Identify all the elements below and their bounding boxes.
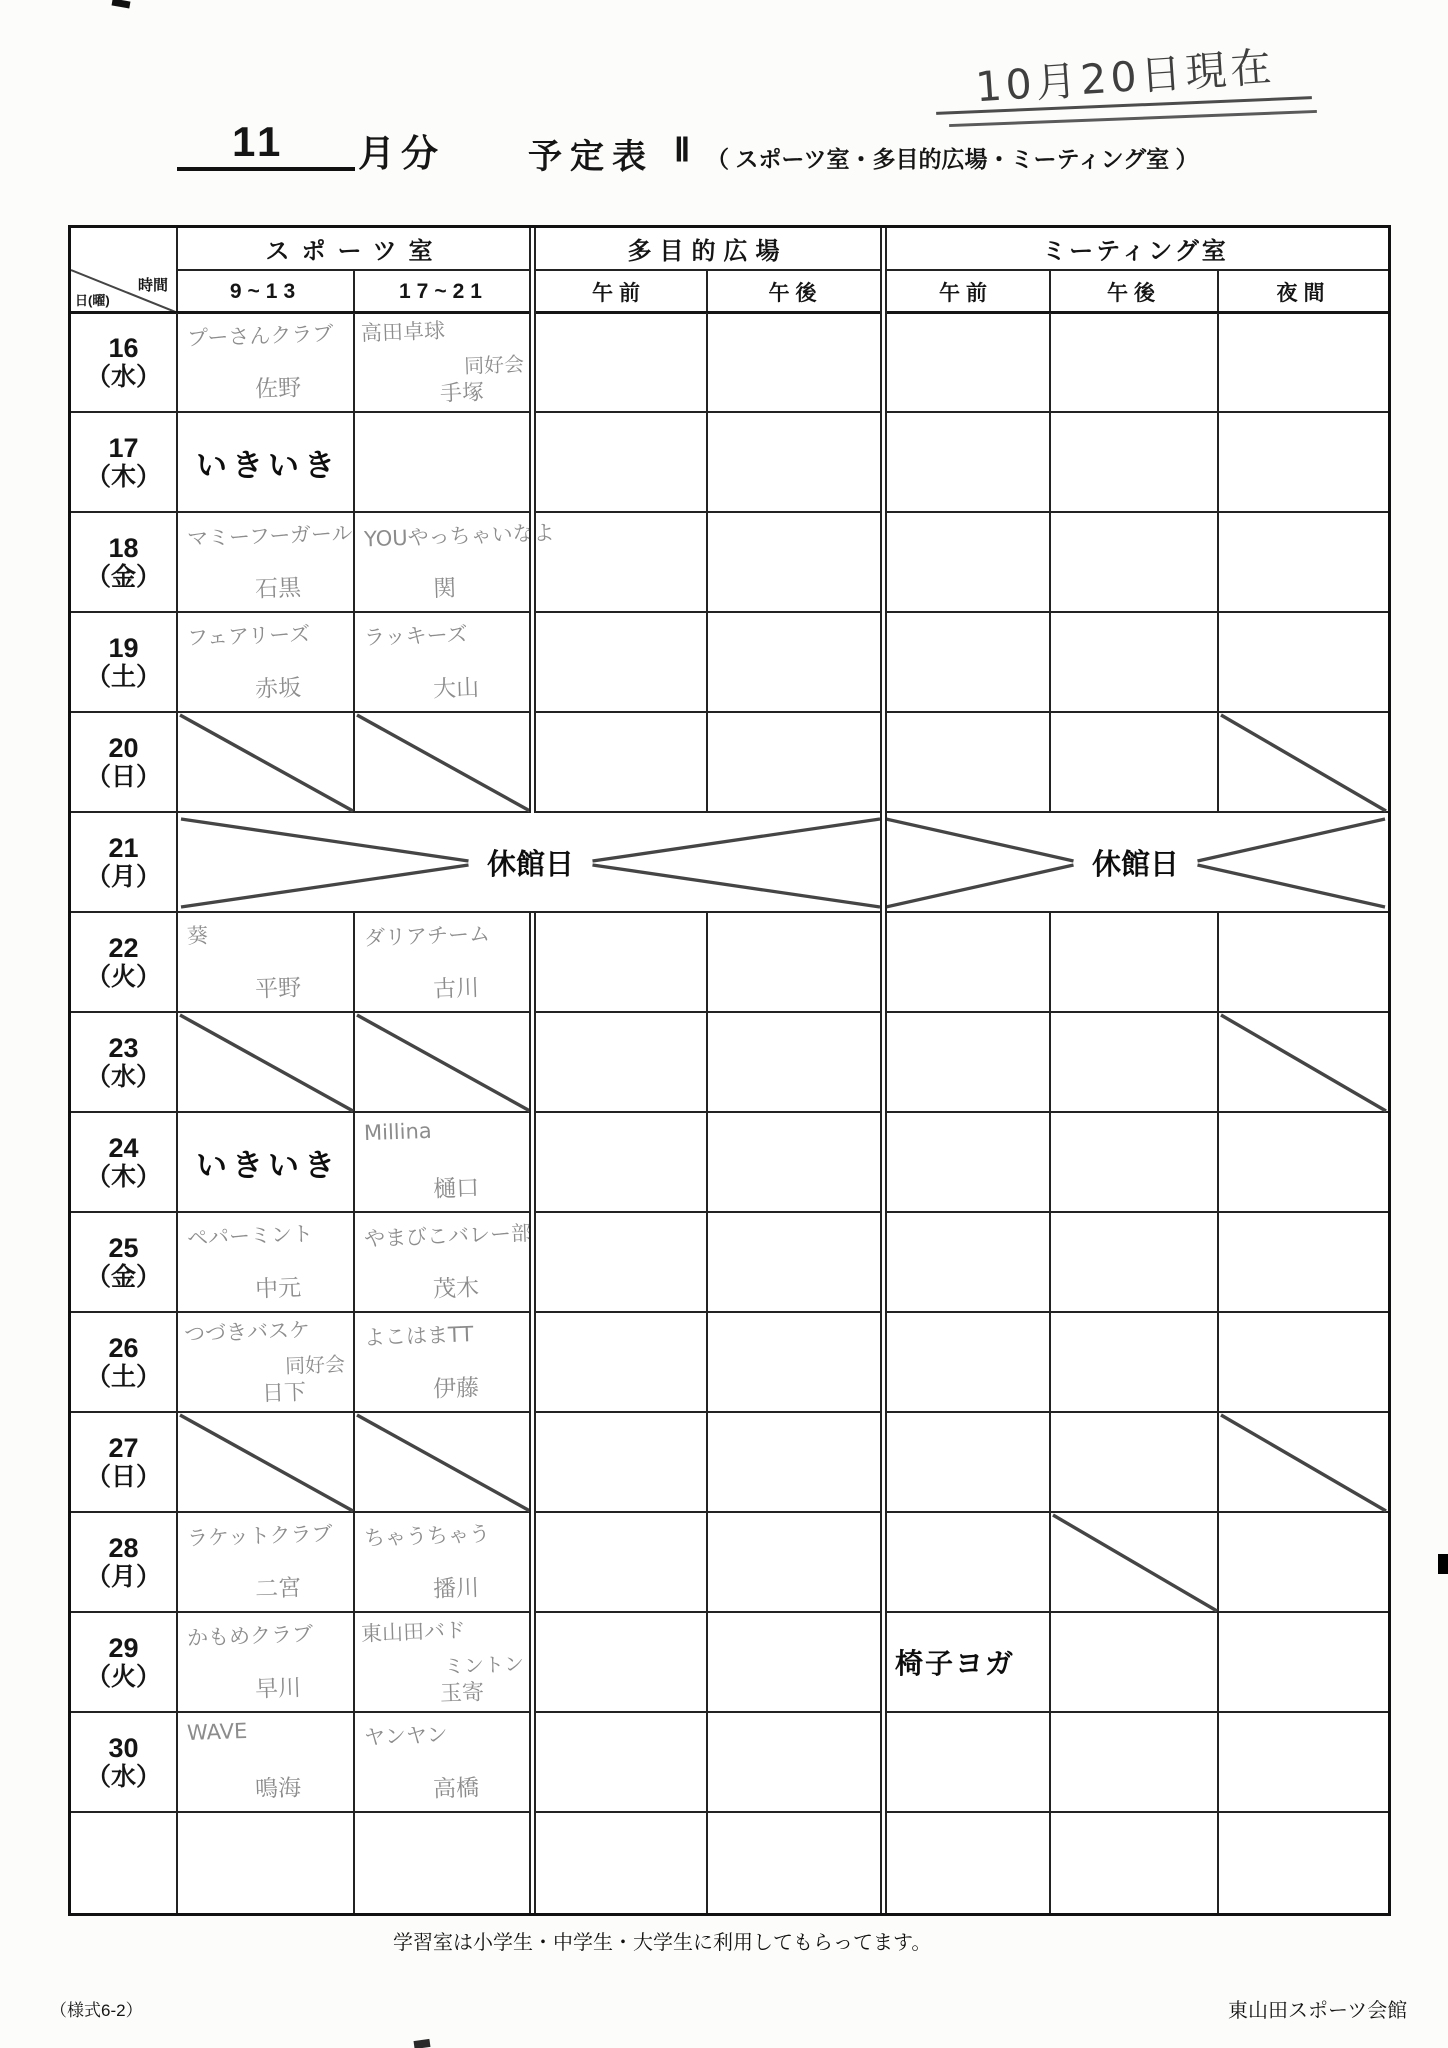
- date-cell: 19（土）: [71, 613, 178, 713]
- schedule-cell: [1219, 1613, 1388, 1713]
- schedule-cell: いきいき: [178, 413, 355, 513]
- handwritten-entry: 二宮: [254, 1569, 301, 1604]
- diagonal-slash: [178, 713, 355, 813]
- schedule-cell: [1051, 613, 1219, 713]
- handwritten-entry: 大山: [432, 669, 479, 704]
- subheader-cell: 午前: [883, 271, 1051, 313]
- date-weekday: （月）: [86, 865, 161, 890]
- date-number: 16: [108, 335, 138, 362]
- handwritten-entry: 伊藤: [432, 1369, 479, 1404]
- handwritten-entry: マミーフーガール: [187, 517, 353, 553]
- schedule-cell: ペパーミント中元: [178, 1213, 355, 1313]
- handwritten-entry: ヤンヤン: [364, 1719, 449, 1752]
- date-cell: 30（水）: [71, 1713, 178, 1813]
- schedule-cell: ちゃうちゃう播川: [355, 1513, 532, 1613]
- handwritten-entry: YOUやっちゃいなよ: [364, 517, 556, 554]
- handwritten-entry: 玉寄: [439, 1675, 484, 1708]
- schedule-cell: [708, 1813, 883, 1913]
- subheader-cell: 17~21: [355, 271, 532, 313]
- schedule-cell: [1219, 513, 1388, 613]
- date-number: 28: [108, 1535, 138, 1562]
- schedule-table: 時間日(曜)スポーツ室多目的広場ミーティング室9~1317~21午前午後午前午後…: [68, 225, 1391, 1916]
- date-weekday: （水）: [86, 365, 161, 390]
- date-cell: 28（月）: [71, 1513, 178, 1613]
- printed-label: いきいき: [178, 440, 340, 485]
- schedule-cell: [1051, 913, 1219, 1013]
- schedule-cell: ラッキーズ大山: [355, 613, 532, 713]
- schedule-cell: [178, 1413, 355, 1513]
- date-weekday: （木）: [86, 465, 161, 490]
- subheader-cell: 夜間: [1219, 271, 1388, 313]
- date-number: 26: [108, 1335, 138, 1362]
- handwritten-entry: かもめクラブ: [187, 1618, 314, 1652]
- schedule-cell: [1219, 313, 1388, 413]
- date-weekday: （水）: [86, 1765, 161, 1790]
- date-weekday: （土）: [86, 1365, 161, 1390]
- subheader-cell: 午後: [1051, 271, 1219, 313]
- section-header-0: スポーツ室: [178, 228, 532, 271]
- schedule-cell: ダリアチーム古川: [355, 913, 532, 1013]
- schedule-cell: [708, 1613, 883, 1713]
- handwritten-entry: ラッキーズ: [364, 618, 469, 652]
- date-cell: 26（土）: [71, 1313, 178, 1413]
- handwritten-entry: 茂木: [432, 1269, 479, 1304]
- schedule-cell: [883, 1113, 1051, 1213]
- schedule-cell: 東山田バドミントン玉寄: [355, 1613, 532, 1713]
- date-cell: [71, 1813, 178, 1913]
- schedule-cell: [532, 913, 708, 1013]
- schedule-cell: よこはまTT伊藤: [355, 1313, 532, 1413]
- schedule-cell: [1051, 313, 1219, 413]
- schedule-cell: [532, 1413, 708, 1513]
- diagonal-slash: [178, 1413, 355, 1513]
- schedule-cell: [1051, 1713, 1219, 1813]
- schedule-cell: [883, 1713, 1051, 1813]
- schedule-cell: [883, 713, 1051, 813]
- handwritten-entry: 赤坂: [254, 669, 301, 704]
- schedule-cell: [708, 1713, 883, 1813]
- date-weekday: （月）: [86, 1565, 161, 1590]
- schedule-cell: [708, 413, 883, 513]
- date-weekday: （金）: [86, 565, 161, 590]
- form-title: 予定表: [528, 129, 654, 178]
- bottom-note: 学習室は小学生・中学生・大学生に利用してもらってます。: [393, 1926, 931, 1955]
- diagonal-slash: [355, 713, 532, 813]
- schedule-cell: [883, 1013, 1051, 1113]
- date-number: 30: [108, 1735, 138, 1762]
- date-number: 20: [108, 735, 138, 762]
- handwritten-entry: プーさんクラブ: [187, 317, 334, 352]
- schedule-cell: [883, 1413, 1051, 1513]
- handwritten-entry: WAVE: [187, 1719, 248, 1745]
- schedule-cell: 椅子ヨガ: [883, 1613, 1051, 1713]
- corner-cell: 時間日(曜): [71, 228, 178, 313]
- schedule-cell: [1219, 713, 1388, 813]
- closed-day-span: 休館日: [178, 813, 883, 913]
- closed-day-label: 休館日: [178, 813, 883, 911]
- handwritten-entry: 中元: [254, 1269, 301, 1304]
- handwritten-underline-2: [949, 110, 1317, 127]
- schedule-cell: [708, 1413, 883, 1513]
- schedule-cell: [1051, 1813, 1219, 1913]
- schedule-cell: [708, 913, 883, 1013]
- schedule-cell: [1219, 1113, 1388, 1213]
- diagonal-slash: [1219, 1013, 1388, 1113]
- schedule-cell: [1051, 1013, 1219, 1113]
- schedule-cell: YOUやっちゃいなよ関: [355, 513, 532, 613]
- handwritten-entry: ミントン: [444, 1648, 525, 1680]
- date-weekday: （日）: [86, 765, 161, 790]
- schedule-cell: [532, 713, 708, 813]
- schedule-cell: [532, 1313, 708, 1413]
- printed-label: 椅子ヨガ: [883, 1642, 1015, 1682]
- schedule-cell: かもめクラブ早川: [178, 1613, 355, 1713]
- schedule-cell: [708, 513, 883, 613]
- handwritten-entry: 古川: [432, 969, 479, 1004]
- handwritten-entry: 高橋: [432, 1769, 479, 1804]
- handwritten-entry: つづきバスケ: [184, 1314, 311, 1348]
- schedule-cell: [1051, 413, 1219, 513]
- date-cell: 27（日）: [71, 1413, 178, 1513]
- schedule-cell: [1219, 1513, 1388, 1613]
- handwritten-entry: ちゃうちゃう: [364, 1518, 491, 1552]
- scan-artifact: [1438, 1554, 1448, 1574]
- schedule-cell: [532, 1113, 708, 1213]
- date-number: 19: [108, 635, 138, 662]
- rooms-note: （ スポーツ室・多目的広場・ミーティング室 ）: [706, 141, 1199, 174]
- day-label: 日(曜): [75, 290, 110, 309]
- handwritten-entry: 鳴海: [254, 1769, 301, 1804]
- schedule-cell: [532, 1813, 708, 1913]
- time-label: 時間: [138, 274, 168, 295]
- schedule-cell: [1051, 1513, 1219, 1613]
- schedule-cell: [1219, 413, 1388, 513]
- schedule-cell: [708, 313, 883, 413]
- section-divider: [529, 913, 536, 1913]
- date-weekday: （金）: [86, 1265, 161, 1290]
- date-weekday: （木）: [86, 1165, 161, 1190]
- schedule-cell: [532, 413, 708, 513]
- section-divider: [529, 228, 536, 813]
- schedule-cell: [883, 1213, 1051, 1313]
- schedule-cell: [1051, 1413, 1219, 1513]
- schedule-cell: ヤンヤン高橋: [355, 1713, 532, 1813]
- schedule-cell: [883, 1513, 1051, 1613]
- handwritten-entry: 早川: [254, 1669, 301, 1704]
- schedule-cell: [178, 1813, 355, 1913]
- schedule-cell: Millina樋口: [355, 1113, 532, 1213]
- schedule-cell: [1219, 1313, 1388, 1413]
- handwritten-entry: Millina: [364, 1119, 432, 1145]
- diagonal-slash: [1051, 1513, 1219, 1613]
- handwritten-entry: 同好会: [464, 348, 525, 379]
- month-suffix: 月分: [358, 123, 444, 177]
- schedule-cell: [708, 1013, 883, 1113]
- schedule-cell: [708, 613, 883, 713]
- date-number: 22: [108, 935, 138, 962]
- handwritten-entry: 手塚: [439, 375, 484, 408]
- form-code: （様式6-2）: [50, 1996, 143, 2021]
- diagonal-slash: [1219, 1413, 1388, 1513]
- printed-label: いきいき: [178, 1140, 340, 1185]
- diagonal-slash: [355, 1413, 532, 1513]
- schedule-cell: [355, 713, 532, 813]
- schedule-cell: やまびこバレー部茂木: [355, 1213, 532, 1313]
- handwritten-entry: やまびこバレー部: [364, 1217, 533, 1253]
- schedule-cell: マミーフーガール石黒: [178, 513, 355, 613]
- date-weekday: （日）: [86, 1465, 161, 1490]
- handwritten-entry: 樋口: [432, 1169, 479, 1204]
- schedule-cell: [1051, 513, 1219, 613]
- scanned-schedule-sheet: 10月20日現在 11 月分 予定表 Ⅱ （ スポーツ室・多目的広場・ミーティン…: [0, 0, 1448, 2048]
- schedule-cell: [1219, 1713, 1388, 1813]
- schedule-cell: フェアリーズ赤坂: [178, 613, 355, 713]
- schedule-cell: [355, 1013, 532, 1113]
- subheader-cell: 午前: [532, 271, 708, 313]
- form-number: Ⅱ: [674, 130, 690, 169]
- schedule-cell: [708, 1513, 883, 1613]
- handwritten-entry: ラケットクラブ: [187, 1517, 333, 1552]
- schedule-cell: ラケットクラブ二宮: [178, 1513, 355, 1613]
- schedule-cell: [1051, 1113, 1219, 1213]
- date-cell: 24（木）: [71, 1113, 178, 1213]
- handwritten-entry: 同好会: [285, 1348, 346, 1379]
- subheader-cell: 9~13: [178, 271, 355, 313]
- date-number: 18: [108, 535, 138, 562]
- schedule-cell: [883, 1813, 1051, 1913]
- diagonal-slash: [355, 1013, 532, 1113]
- scan-artifact: [112, 0, 131, 9]
- schedule-cell: [883, 513, 1051, 613]
- handwritten-entry: よこはまTT: [364, 1318, 474, 1352]
- handwritten-entry: 葵: [186, 920, 208, 951]
- schedule-cell: [1051, 1313, 1219, 1413]
- date-cell: 23（水）: [71, 1013, 178, 1113]
- diagonal-slash: [1219, 713, 1388, 813]
- scan-artifact: [414, 2039, 431, 2048]
- handwritten-entry: 東山田バド: [361, 1614, 467, 1648]
- section-divider: [880, 228, 887, 1913]
- date-number: 17: [108, 435, 138, 462]
- schedule-cell: [883, 613, 1051, 713]
- date-cell: 21（月）: [71, 813, 178, 913]
- handwritten-entry: フェアリーズ: [187, 618, 311, 652]
- schedule-cell: [355, 1413, 532, 1513]
- date-cell: 25（金）: [71, 1213, 178, 1313]
- section-header-2: ミーティング室: [883, 228, 1388, 271]
- schedule-cell: [1051, 1613, 1219, 1713]
- month-underline: [177, 167, 355, 171]
- schedule-cell: WAVE鳴海: [178, 1713, 355, 1813]
- schedule-cell: [883, 1313, 1051, 1413]
- date-weekday: （火）: [86, 1665, 161, 1690]
- handwritten-entry: 平野: [254, 969, 301, 1004]
- schedule-cell: [532, 1213, 708, 1313]
- schedule-cell: [532, 1613, 708, 1713]
- schedule-cell: [708, 1213, 883, 1313]
- schedule-cell: [532, 1013, 708, 1113]
- schedule-cell: [532, 1713, 708, 1813]
- month-value: 11: [232, 118, 284, 166]
- facility-name: 東山田スポーツ会館: [1228, 1994, 1407, 2023]
- schedule-cell: プーさんクラブ佐野: [178, 313, 355, 413]
- handwritten-entry: ペパーミント: [187, 1218, 314, 1252]
- date-cell: 18（金）: [71, 513, 178, 613]
- schedule-cell: [708, 1113, 883, 1213]
- date-weekday: （土）: [86, 665, 161, 690]
- schedule-cell: [708, 713, 883, 813]
- date-weekday: （火）: [86, 965, 161, 990]
- date-cell: 16（水）: [71, 313, 178, 413]
- schedule-cell: つづきバスケ同好会日下: [178, 1313, 355, 1413]
- schedule-cell: [532, 613, 708, 713]
- closed-day-label: 休館日: [883, 813, 1388, 911]
- handwritten-entry: 佐野: [254, 369, 301, 404]
- date-number: 24: [108, 1135, 138, 1162]
- schedule-cell: [178, 1013, 355, 1113]
- handwritten-entry: 播川: [432, 1569, 479, 1604]
- date-number: 27: [108, 1435, 138, 1462]
- handwritten-entry: ダリアチーム: [364, 918, 491, 952]
- handwritten-entry: 高田卓球: [361, 315, 446, 348]
- schedule-cell: [178, 713, 355, 813]
- schedule-cell: [532, 1513, 708, 1613]
- schedule-cell: いきいき: [178, 1113, 355, 1213]
- schedule-cell: 高田卓球同好会手塚: [355, 313, 532, 413]
- schedule-cell: [1219, 613, 1388, 713]
- date-cell: 17（木）: [71, 413, 178, 513]
- subheader-cell: 午後: [708, 271, 883, 313]
- closed-day-span: 休館日: [883, 813, 1388, 913]
- date-weekday: （水）: [86, 1065, 161, 1090]
- date-number: 21: [108, 835, 138, 862]
- schedule-cell: [883, 313, 1051, 413]
- schedule-cell: [883, 413, 1051, 513]
- handwritten-entry: 日下: [261, 1375, 306, 1408]
- section-header-1: 多目的広場: [532, 228, 883, 271]
- schedule-cell: [355, 1813, 532, 1913]
- schedule-cell: [1219, 1813, 1388, 1913]
- diagonal-slash: [178, 1013, 355, 1113]
- schedule-cell: [708, 1313, 883, 1413]
- handwritten-entry: 石黒: [254, 569, 301, 604]
- date-number: 25: [108, 1235, 138, 1262]
- handwritten-entry: 関: [432, 570, 456, 604]
- schedule-cell: [1051, 713, 1219, 813]
- date-cell: 22（火）: [71, 913, 178, 1013]
- schedule-cell: [883, 913, 1051, 1013]
- schedule-cell: [532, 313, 708, 413]
- schedule-cell: 葵平野: [178, 913, 355, 1013]
- schedule-cell: [1051, 1213, 1219, 1313]
- schedule-cell: [1219, 913, 1388, 1013]
- schedule-cell: [1219, 1213, 1388, 1313]
- date-cell: 29（火）: [71, 1613, 178, 1713]
- date-number: 23: [108, 1035, 138, 1062]
- schedule-cell: [532, 513, 708, 613]
- schedule-cell: [355, 413, 532, 513]
- date-number: 29: [108, 1635, 138, 1662]
- date-cell: 20（日）: [71, 713, 178, 813]
- schedule-cell: [1219, 1013, 1388, 1113]
- schedule-cell: [1219, 1413, 1388, 1513]
